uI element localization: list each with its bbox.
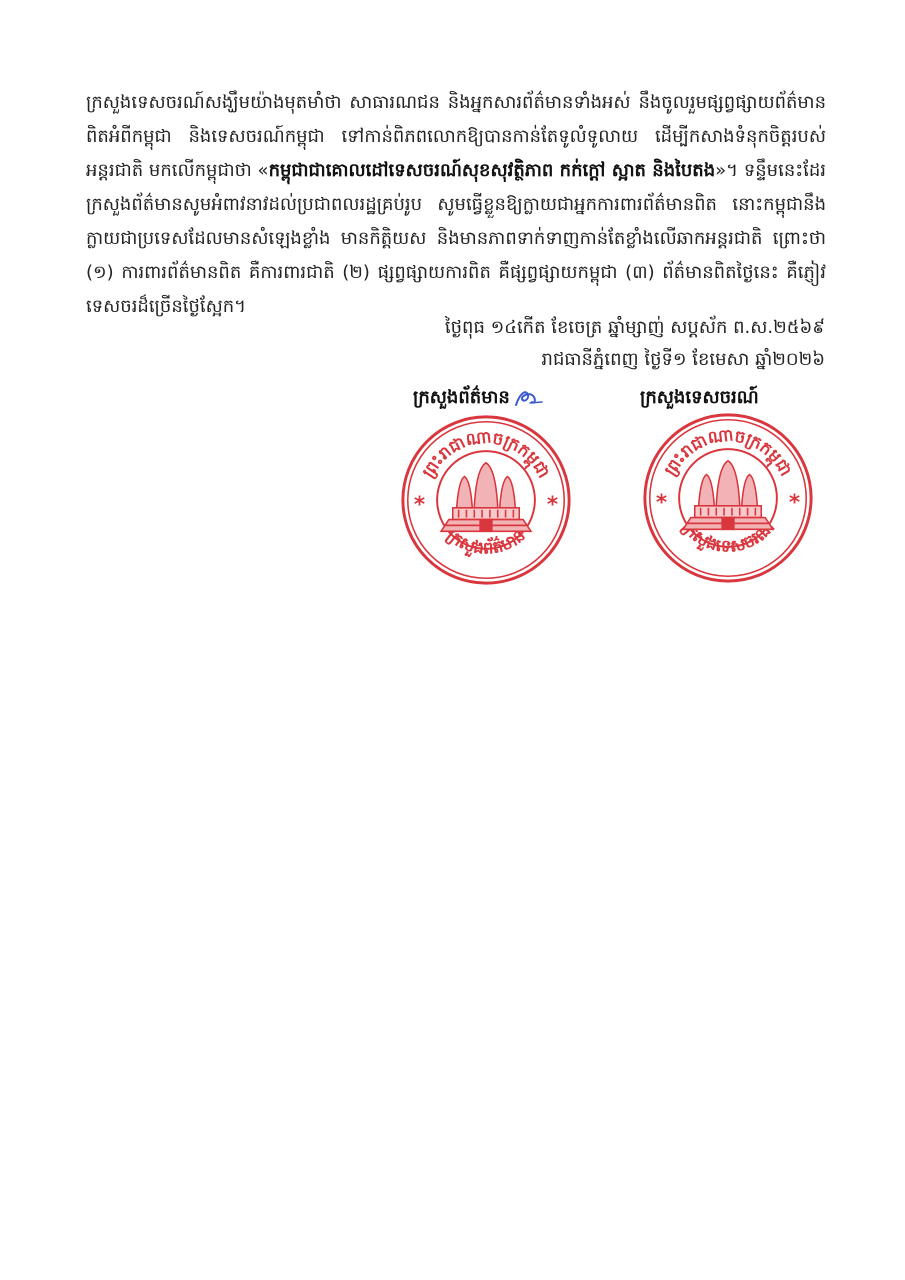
angkor-wat-emblem [441, 463, 531, 531]
svg-text:*: * [414, 493, 425, 518]
solar-date-place: រាជធានីភ្នំពេញ ថ្ងៃទី១ ខែមេសា ឆ្នាំ២០២៦ [445, 344, 825, 376]
official-seal-icon: ព្រះរាជាណាចក្រកម្ពុជា ក្រសួងព័ត៌មាន * * [398, 412, 574, 588]
signature-icon [512, 387, 544, 409]
signatory-title: ក្រសួងព័ត៌មាន [413, 387, 510, 408]
date-block: ថ្ងៃពុធ ១៤កើត ខែចេត្រ ឆ្នាំម្សាញ់ សប្តស័… [445, 312, 825, 376]
seal-ministry-tourism: ព្រះរាជាណាចក្រកម្ពុជា ក្រសួងទេសចរណ៍ * * [640, 410, 816, 586]
signatory-title: ក្រសួងទេសចរណ៍ [640, 387, 759, 408]
signatory-ministry-information: ក្រសួងព័ត៌មាន [413, 385, 544, 412]
official-seal-icon: ព្រះរាជាណាចក្រកម្ពុជា ក្រសួងទេសចរណ៍ * * [640, 410, 816, 586]
lunar-date: ថ្ងៃពុធ ១៤កើត ខែចេត្រ ឆ្នាំម្សាញ់ សប្តស័… [445, 312, 825, 344]
statement-paragraph: ក្រសួងទេសចរណ៍សង្ឃឹមយ៉ាងមុតមាំថា សាធារណជន… [86, 86, 826, 324]
seal-ministry-information: ព្រះរាជាណាចក្រកម្ពុជា ក្រសួងព័ត៌មាន * * [398, 412, 574, 588]
signatory-ministry-tourism: ក្រសួងទេសចរណ៍ [640, 385, 759, 412]
document-page: ក្រសួងទេសចរណ៍សង្ឃឹមយ៉ាងមុតមាំថា សាធារណជន… [0, 0, 905, 1280]
paragraph-segment-2: »។ ទន្ទឹមនេះដែរ ក្រសួងព័ត៌មានសូមអំពាវនាវ… [86, 160, 826, 317]
svg-text:*: * [656, 491, 667, 516]
svg-text:*: * [789, 491, 800, 516]
angkor-wat-emblem [683, 461, 773, 529]
svg-text:*: * [547, 493, 558, 518]
slogan-highlight: កម្ពុជាជាគោលដៅទេសចរណ៍សុខសុវត្ថិភាព កក់ក្… [269, 160, 716, 181]
